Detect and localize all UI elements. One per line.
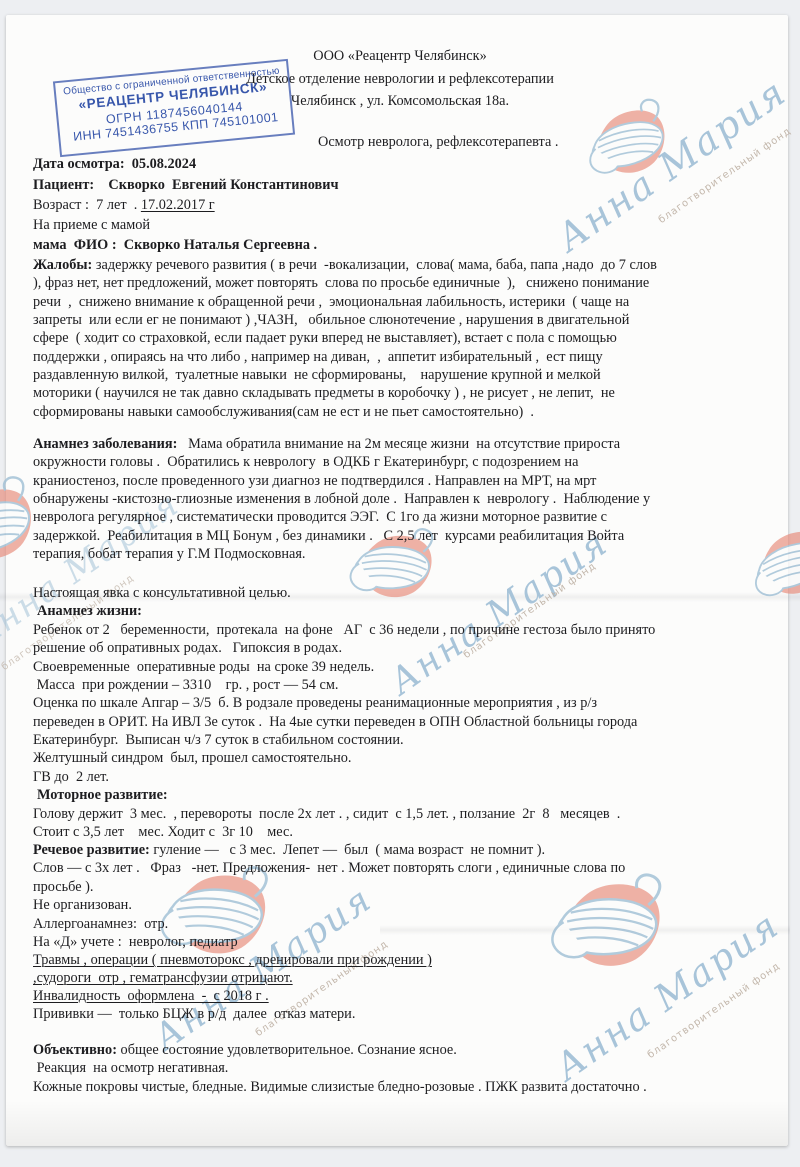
patient-name: Скворко Евгений Константинович bbox=[108, 177, 338, 193]
motor-lines: Голову держит 3 мес. , перевороты после … bbox=[33, 805, 783, 842]
exam-title: Осмотр невролога, рефлексотерапевта . bbox=[318, 133, 738, 151]
not-organized-line: Не организован. bbox=[33, 896, 783, 914]
disease-history-text: Мама обратила внимание на 2м месяце жизн… bbox=[33, 436, 650, 562]
speech-label: Речевое развитие: bbox=[33, 842, 150, 858]
exam-date-label: Дата осмотра: bbox=[33, 156, 125, 172]
trauma-line: Травмы , операции ( пневмоторокс , дрени… bbox=[33, 951, 783, 969]
seizure-line: ,судороги отр , гематрансфузии отрицают. bbox=[33, 969, 783, 987]
life-history-lines: Ребенок от 2 беременности, протекала на … bbox=[33, 621, 783, 786]
objective-paragraph: Объективно: общее состояние удовлетворит… bbox=[33, 1041, 783, 1096]
dispensary-line: На «Д» учете : невролог, педиатр bbox=[33, 933, 783, 951]
age-line: Возраст : 7 лет . 17.02.2017 г bbox=[33, 196, 783, 214]
mother-line: мама ФИО : Скворко Наталья Сергеевна . bbox=[33, 236, 783, 254]
disease-history-paragraph: Анамнез заболевания: Мама обратила внима… bbox=[33, 435, 783, 563]
exam-date-line: Дата осмотра: 05.08.2024 bbox=[33, 155, 783, 173]
objective-text: общее состояние удовлетворительное. Созн… bbox=[33, 1042, 647, 1095]
objective-label: Объективно: bbox=[33, 1042, 117, 1058]
scan-bottom-shadow bbox=[6, 1100, 788, 1146]
disability-line: Инвалидность оформлена - с 2018 г . bbox=[33, 987, 783, 1005]
mother-label: мама ФИО : bbox=[33, 237, 117, 253]
vaccination-line: Прививки — только БЦЖ в р/д далее отказ … bbox=[33, 1005, 783, 1023]
exam-date-value: 05.08.2024 bbox=[132, 156, 196, 172]
scanned-medical-document: Анна Мария благотворительный фонд Анна М… bbox=[0, 0, 800, 1167]
patient-label: Пациент: bbox=[33, 177, 94, 193]
complaints-paragraph: Жалобы: задержку речевого развития ( в р… bbox=[33, 256, 783, 421]
speech-paragraph: Речевое развитие: гуление — с 3 мес. Леп… bbox=[33, 841, 783, 896]
birth-date: 17.02.2017 г bbox=[141, 197, 215, 213]
visit-purpose-line: Настоящая явка с консультативной целью. bbox=[33, 584, 783, 602]
patient-line: Пациент: Скворко Евгений Константинович bbox=[33, 176, 783, 194]
allergy-line: Аллергоанамнез: отр. bbox=[33, 915, 783, 933]
attend-line: На приеме с мамой bbox=[33, 216, 783, 234]
complaints-text: задержку речевого развития ( в речи -вок… bbox=[33, 257, 657, 420]
age-label: Возраст : 7 лет . bbox=[33, 197, 137, 213]
motor-heading: Моторное развитие: bbox=[37, 786, 787, 804]
disease-history-label: Анамнез заболевания: bbox=[33, 436, 177, 452]
complaints-label: Жалобы: bbox=[33, 257, 92, 273]
mother-name: Скворко Наталья Сергеевна . bbox=[124, 237, 317, 253]
life-history-heading: Анамнез жизни: bbox=[37, 602, 787, 620]
header-organization: ООО «Реацентр Челябинск» bbox=[0, 47, 800, 65]
